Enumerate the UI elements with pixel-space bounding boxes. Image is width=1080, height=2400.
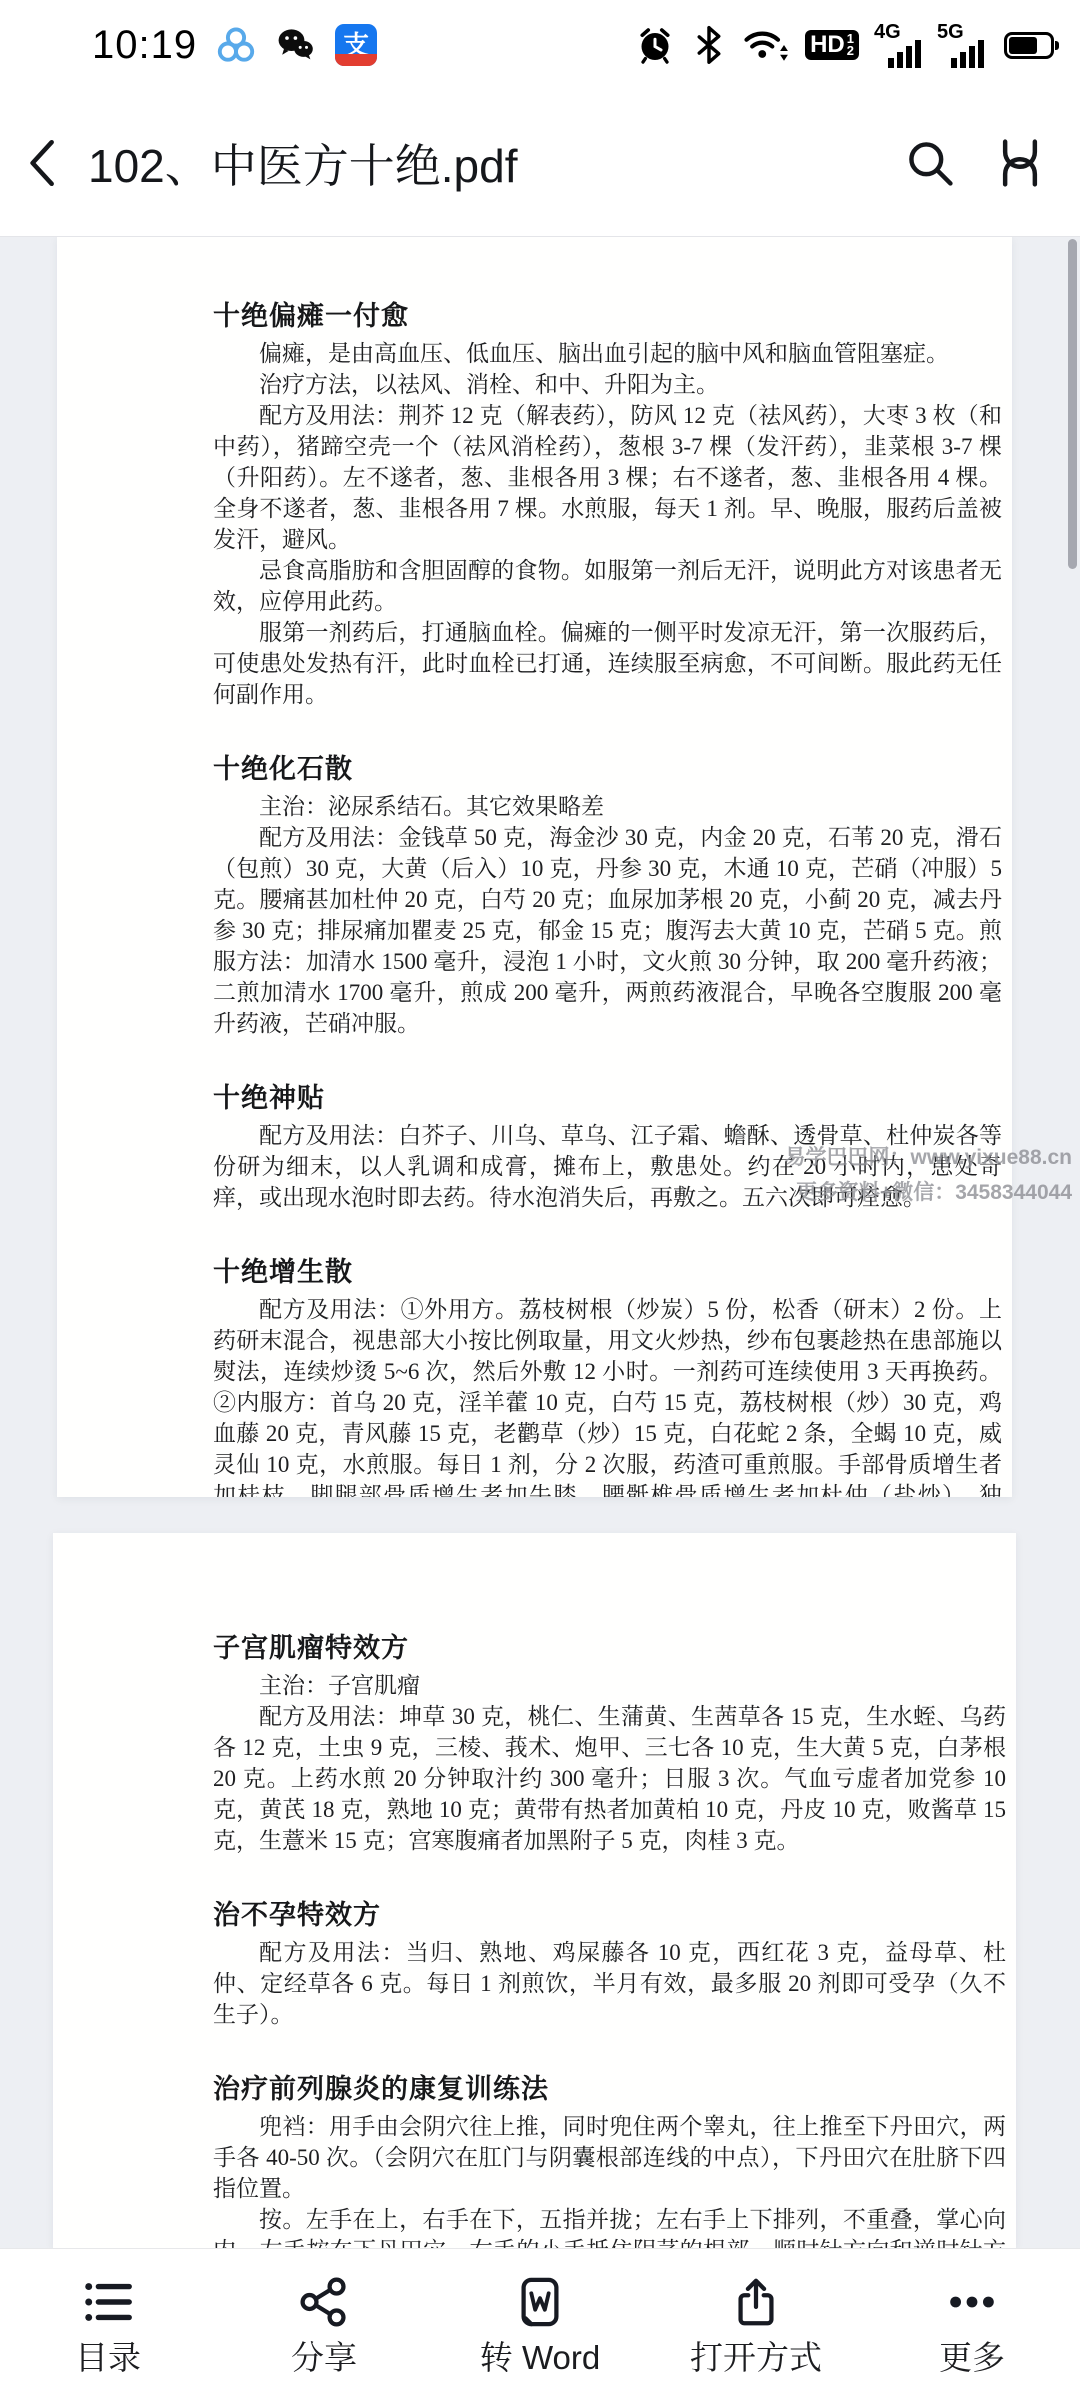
doc-paragraph: 治疗方法，以祛风、消栓、和中、升阳为主。	[213, 369, 1002, 400]
doc-section-heading: 子宫肌瘤特效方	[213, 1631, 1006, 1665]
alarm-icon	[634, 24, 676, 66]
toc-list-icon	[81, 2275, 135, 2329]
status-bar: 10:19 支	[0, 0, 1080, 90]
doc-paragraph: 忌食高脂肪和含胆固醇的食物。如服第一剂后无汗，说明此方对该患者无效，应停用此药。	[213, 555, 1002, 617]
rings-app-icon	[215, 24, 257, 66]
toolbar-label: 更多	[939, 2341, 1005, 2374]
toolbar-item-open-with[interactable]: 打开方式	[648, 2275, 864, 2374]
doc-section: 十绝增生散配方及用法：①外用方。荔枝树根（炒炭）5 份，松香（研末）2 份。上药…	[213, 1255, 1002, 1497]
doc-paragraph: 配方及用法：坤草 30 克，桃仁、生蒲黄、生茜草各 15 克，生水蛭、乌药各 1…	[213, 1701, 1006, 1856]
doc-paragraph: 配方及用法：荆芥 12 克（解表药），防风 12 克（祛风药），大枣 3 枚（和…	[213, 400, 1002, 555]
doc-paragraph: 主治：子宫肌瘤	[213, 1670, 1006, 1701]
wifi-icon	[742, 24, 790, 66]
doc-section-heading: 十绝化石散	[213, 752, 1002, 786]
doc-section-heading: 十绝神贴	[213, 1081, 1002, 1115]
toolbar-label: 目录	[75, 2341, 141, 2374]
nav-bar: 102、中医方十绝.pdf	[0, 90, 1080, 237]
pdf-viewport[interactable]: 十绝偏瘫一付愈偏瘫，是由高血压、低血压、脑出血引起的脑中风和脑血管阻塞症。治疗方…	[0, 237, 1080, 2248]
toolbar-item-more[interactable]: 更多	[864, 2275, 1080, 2374]
toolbar-item-share[interactable]: 分享	[216, 2275, 432, 2374]
doc-section-heading: 十绝增生散	[213, 1255, 1002, 1289]
doc-paragraph: 配方及用法：当归、熟地、鸡屎藤各 10 克，西红花 3 克，益母草、杜仲、定经草…	[213, 1937, 1006, 2030]
doc-section-heading: 治疗前列腺炎的康复训练法	[213, 2072, 1006, 2106]
back-button[interactable]	[0, 90, 86, 236]
doc-paragraph: 兜裆：用手由会阴穴往上推，同时兜住两个睾丸，往上推至下丹田穴，两手各 40-50…	[213, 2111, 1006, 2204]
back-chevron-icon	[22, 137, 64, 189]
signal-5g-icon: 5G	[937, 22, 985, 68]
doc-paragraph: 配方及用法：白芥子、川乌、草乌、江子霜、蟾酥、透骨草、杜仲炭各等份研为细末，以人…	[213, 1120, 1002, 1213]
document-title: 102、中医方十绝.pdf	[88, 130, 904, 196]
signal-4g-icon: 4G	[874, 22, 922, 68]
doc-section: 十绝神贴配方及用法：白芥子、川乌、草乌、江子霜、蟾酥、透骨草、杜仲炭各等份研为细…	[213, 1081, 1002, 1213]
open-with-icon	[729, 2275, 783, 2329]
page-flip-icon[interactable]	[994, 137, 1046, 189]
hd-call-badge: HD 1 2	[805, 30, 859, 60]
share-nodes-icon	[297, 2275, 351, 2329]
pdf-page-2: 子宫肌瘤特效方主治：子宫肌瘤配方及用法：坤草 30 克，桃仁、生蒲黄、生茜草各 …	[53, 1533, 1016, 2248]
bottom-toolbar: 目录 分享 转 Word 打开方式	[0, 2248, 1080, 2400]
more-dots-icon	[945, 2275, 999, 2329]
search-icon[interactable]	[904, 137, 956, 189]
pdf-page-1: 十绝偏瘫一付愈偏瘫，是由高血压、低血压、脑出血引起的脑中风和脑血管阻塞症。治疗方…	[57, 237, 1012, 1497]
toolbar-label: 打开方式	[690, 2341, 822, 2374]
word-doc-icon	[513, 2275, 567, 2329]
doc-section: 子宫肌瘤特效方主治：子宫肌瘤配方及用法：坤草 30 克，桃仁、生蒲黄、生茜草各 …	[213, 1631, 1006, 1856]
clock-time: 10:19	[92, 23, 197, 68]
toolbar-item-toc[interactable]: 目录	[0, 2275, 216, 2374]
doc-paragraph: 配方及用法：金钱草 50 克，海金沙 30 克，内金 20 克，石苇 20 克，…	[213, 822, 1002, 1039]
doc-paragraph: 偏瘫，是由高血压、低血压、脑出血引起的脑中风和脑血管阻塞症。	[213, 338, 1002, 369]
doc-paragraph: 主治：泌尿系结石。其它效果略差	[213, 791, 1002, 822]
scrollbar-thumb[interactable]	[1068, 239, 1077, 569]
alipay-icon: 支	[335, 24, 377, 66]
toolbar-label: 转 Word	[480, 2341, 600, 2374]
phone-screen: 10:19 支	[0, 0, 1080, 2400]
doc-section: 十绝化石散主治：泌尿系结石。其它效果略差配方及用法：金钱草 50 克，海金沙 3…	[213, 752, 1002, 1039]
doc-section-heading: 治不孕特效方	[213, 1898, 1006, 1932]
wechat-icon	[275, 24, 317, 66]
battery-icon	[1004, 32, 1054, 59]
doc-paragraph: 按。左手在上，右手在下，五指并拢；左右手上下排列，不重叠，掌心向内。左手按在下丹…	[213, 2204, 1006, 2248]
toolbar-item-to-word[interactable]: 转 Word	[432, 2275, 648, 2374]
doc-section: 治疗前列腺炎的康复训练法兜裆：用手由会阴穴往上推，同时兜住两个睾丸，往上推至下丹…	[213, 2072, 1006, 2248]
doc-section: 治不孕特效方配方及用法：当归、熟地、鸡屎藤各 10 克，西红花 3 克，益母草、…	[213, 1898, 1006, 2030]
doc-paragraph: 配方及用法：①外用方。荔枝树根（炒炭）5 份，松香（研末）2 份。上药研末混合，…	[213, 1294, 1002, 1497]
doc-section: 十绝偏瘫一付愈偏瘫，是由高血压、低血压、脑出血引起的脑中风和脑血管阻塞症。治疗方…	[213, 299, 1002, 710]
alipay-red-band	[335, 54, 377, 66]
doc-section-heading: 十绝偏瘫一付愈	[213, 299, 1002, 333]
doc-paragraph: 服第一剂药后，打通脑血栓。偏瘫的一侧平时发凉无汗，第一次服药后，可使患处发热有汗…	[213, 617, 1002, 710]
bluetooth-icon	[691, 24, 727, 66]
toolbar-label: 分享	[291, 2341, 357, 2374]
